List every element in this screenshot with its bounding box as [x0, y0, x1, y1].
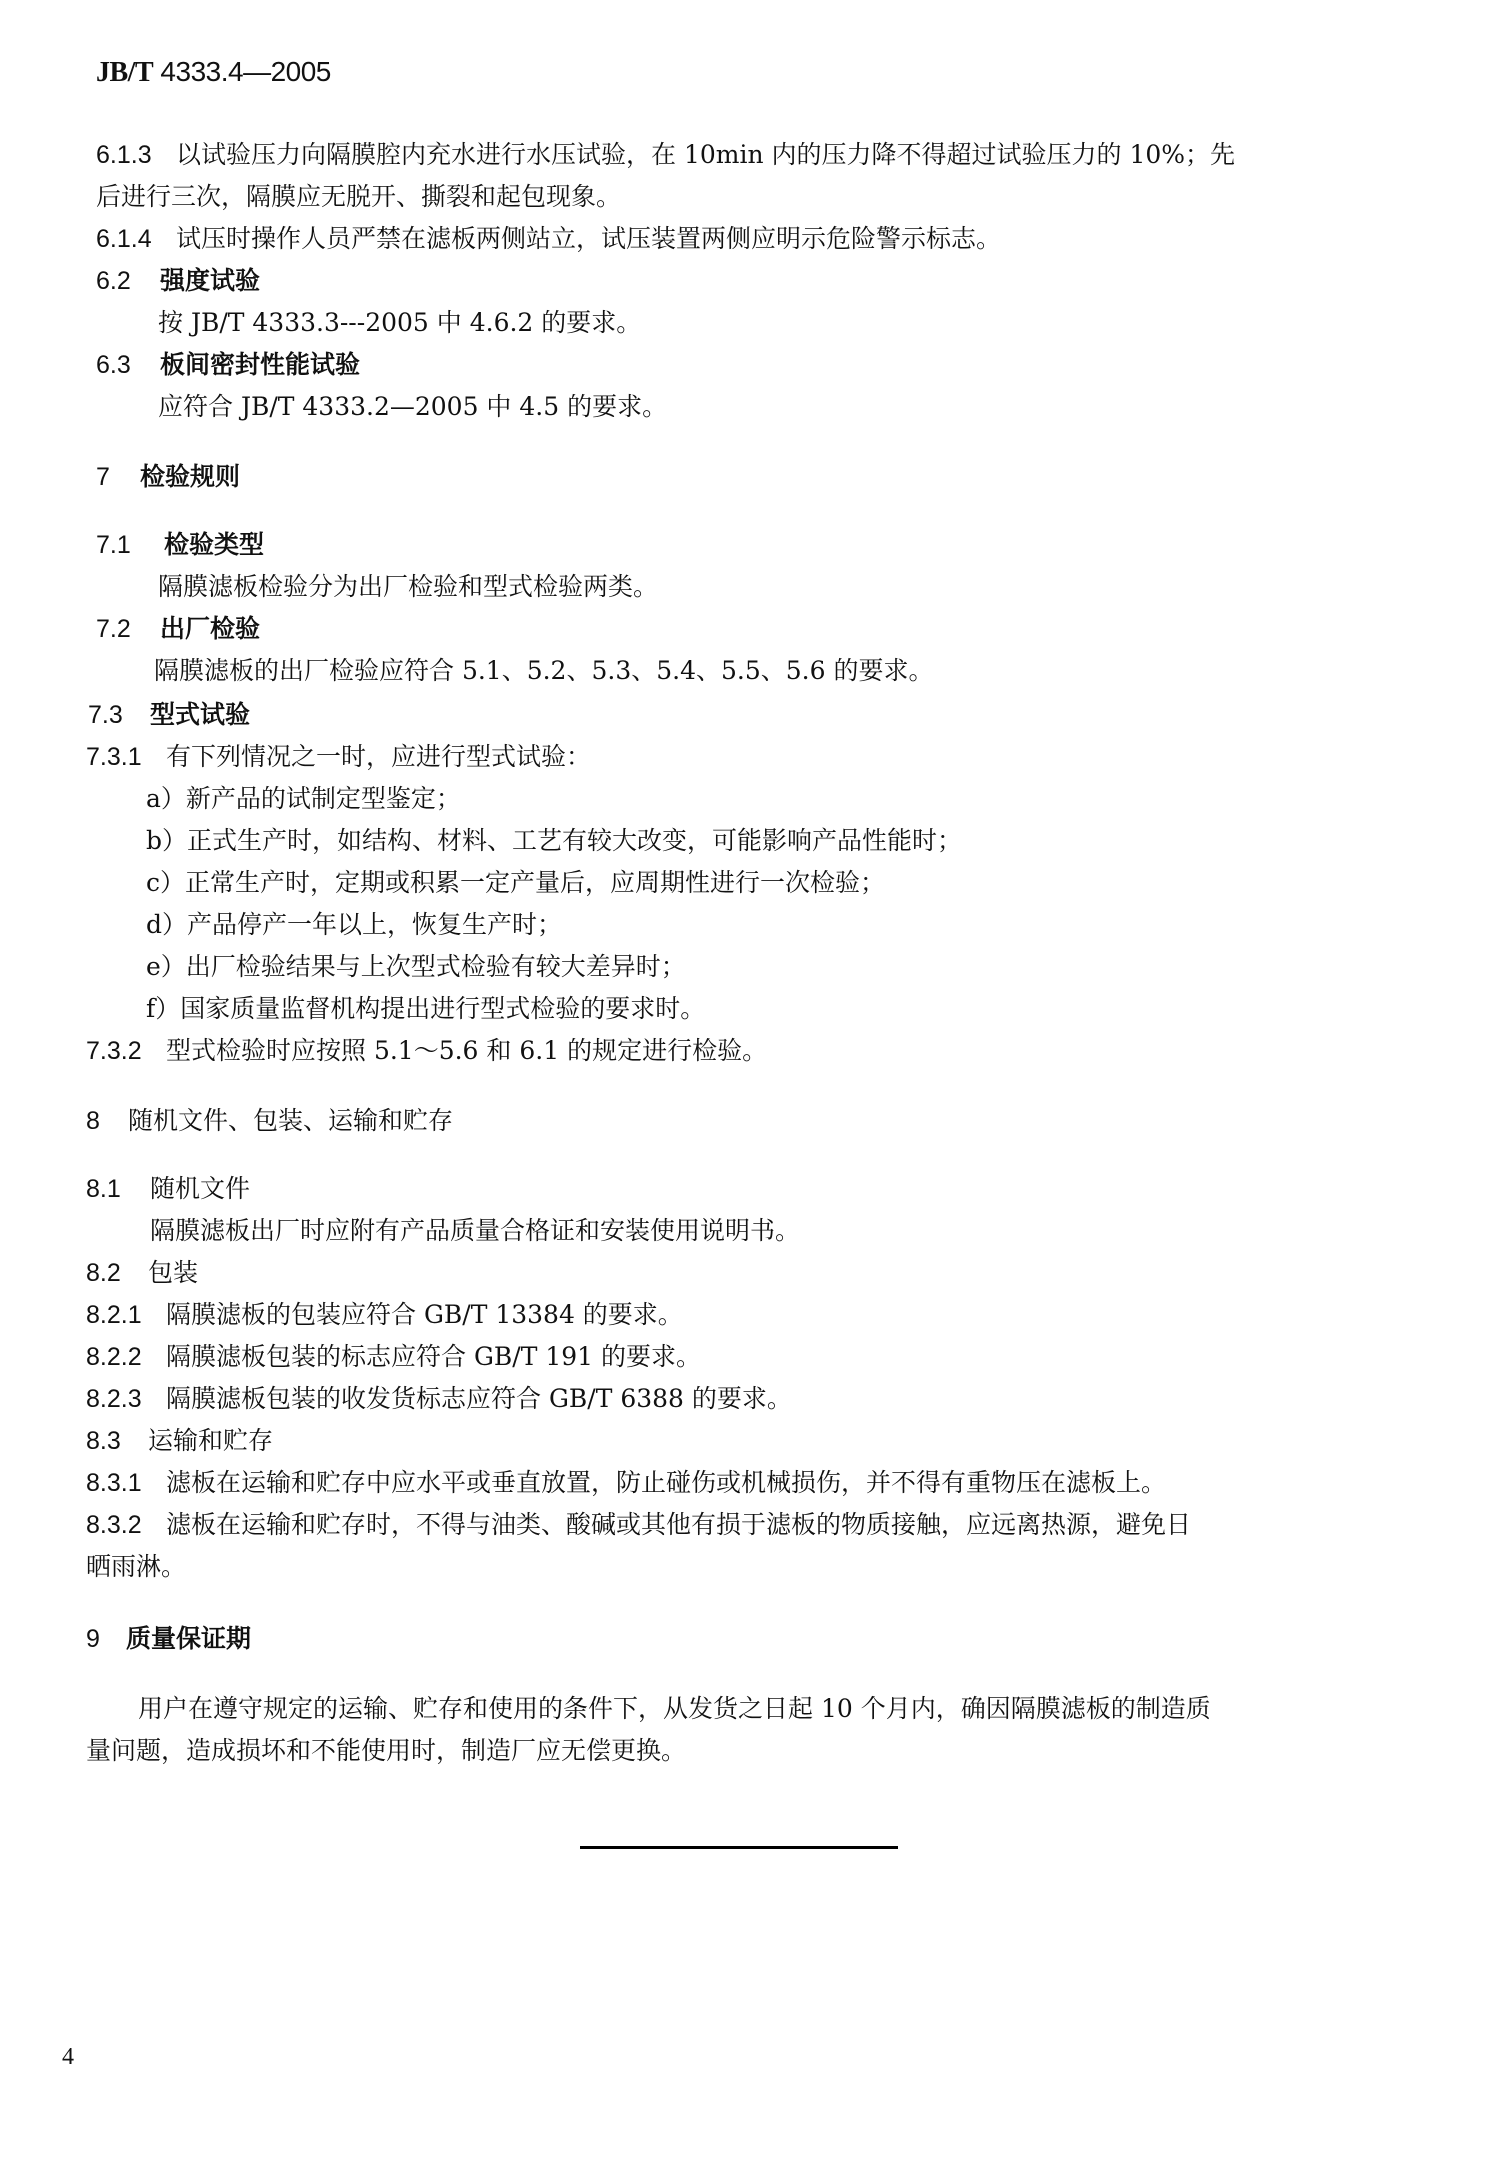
heading-7: 7检验规则 — [96, 462, 240, 492]
clause-8-2-2: 8.2.2隔膜滤板包装的标志应符合 GB/T 191 的要求。 — [86, 1342, 701, 1372]
clause-text: 有下列情况之一时，应进行型式试验： — [166, 742, 591, 771]
clause-8-3-1: 8.3.1滤板在运输和贮存中应水平或垂直放置，防止碰伤或机械损伤，并不得有重物压… — [86, 1468, 1166, 1498]
heading-text: 板间密封性能试验 — [160, 350, 360, 379]
clause-6-3-body: 应符合 JB/T 4333.2—2005 中 4.5 的要求。 — [158, 392, 667, 422]
list-item-text: b）正式生产时，如结构、材料、工艺有较大改变，可能影响产品性能时； — [146, 826, 962, 855]
clause-text: 型式检验时应按照 5.1～5.6 和 6.1 的规定进行检验。 — [166, 1036, 767, 1065]
list-item-f: f）国家质量监督机构提出进行型式检验的要求时。 — [146, 994, 705, 1024]
clause-number: 8.3.2 — [86, 1510, 144, 1540]
clause-number: 7.3 — [88, 700, 128, 730]
heading-7-2: 7.2出厂检验 — [96, 614, 260, 644]
clause-8-3-2: 8.3.2滤板在运输和贮存时，不得与油类、酸碱或其他有损于滤板的物质接触，应远离… — [86, 1510, 1191, 1540]
clause-text: 后进行三次，隔膜应无脱开、撕裂和起包现象。 — [96, 182, 621, 211]
clause-number: 6.3 — [96, 350, 136, 380]
clause-8-2-3: 8.2.3隔膜滤板包装的收发货标志应符合 GB/T 6388 的要求。 — [86, 1384, 792, 1414]
clause-7-3-2: 7.3.2型式检验时应按照 5.1～5.6 和 6.1 的规定进行检验。 — [86, 1036, 767, 1066]
heading-text: 随机文件、包装、运输和贮存 — [128, 1106, 453, 1135]
clause-number: 6.2 — [96, 266, 136, 296]
clause-9-body-cont: 量问题，造成损坏和不能使用时，制造厂应无偿更换。 — [86, 1736, 686, 1766]
clause-number: 8.2.1 — [86, 1300, 144, 1330]
heading-9: 9质量保证期 — [86, 1624, 251, 1654]
clause-8-3-2-cont: 晒雨淋。 — [86, 1552, 186, 1582]
clause-text: 以试验压力向隔膜腔内充水进行水压试验，在 10min 内的压力降不得超过试验压力… — [176, 140, 1235, 169]
clause-number: 7.1 — [96, 530, 136, 560]
clause-number: 8.3.1 — [86, 1468, 144, 1498]
clause-text: 按 JB/T 4333.3---2005 中 4.6.2 的要求。 — [158, 308, 641, 337]
clause-text: 用户在遵守规定的运输、贮存和使用的条件下，从发货之日起 10 个月内，确因隔膜滤… — [138, 1694, 1211, 1723]
clause-text: 隔膜滤板的出厂检验应符合 5.1、5.2、5.3、5.4、5.5、5.6 的要求… — [154, 656, 933, 685]
list-item-text: f）国家质量监督机构提出进行型式检验的要求时。 — [146, 994, 705, 1023]
heading-8-2: 8.2包装 — [86, 1258, 198, 1288]
heading-text: 包装 — [148, 1258, 198, 1287]
clause-text: 隔膜滤板包装的标志应符合 GB/T 191 的要求。 — [166, 1342, 701, 1371]
heading-text: 质量保证期 — [126, 1624, 251, 1653]
clause-8-1-body: 隔膜滤板出厂时应附有产品质量合格证和安装使用说明书。 — [150, 1216, 800, 1246]
clause-number: 8.2.2 — [86, 1342, 144, 1372]
clause-6-1-3-cont: 后进行三次，隔膜应无脱开、撕裂和起包现象。 — [96, 182, 621, 212]
heading-text: 检验类型 — [164, 530, 264, 559]
heading-text: 检验规则 — [140, 462, 240, 491]
standard-header: JB/T 4333.4—2005 — [96, 56, 331, 89]
list-item-b: b）正式生产时，如结构、材料、工艺有较大改变，可能影响产品性能时； — [146, 826, 962, 856]
heading-6-3: 6.3板间密封性能试验 — [96, 350, 360, 380]
clause-number: 8.2 — [86, 1258, 126, 1288]
clause-7-2-body: 隔膜滤板的出厂检验应符合 5.1、5.2、5.3、5.4、5.5、5.6 的要求… — [154, 656, 933, 686]
list-item-d: d）产品停产一年以上，恢复生产时； — [146, 910, 562, 940]
section-number: 9 — [86, 1624, 106, 1654]
clause-text: 滤板在运输和贮存时，不得与油类、酸碱或其他有损于滤板的物质接触，应远离热源，避免… — [166, 1510, 1191, 1539]
list-item-c: c）正常生产时，定期或积累一定产量后，应周期性进行一次检验； — [146, 868, 885, 898]
clause-text: 隔膜滤板检验分为出厂检验和型式检验两类。 — [158, 572, 658, 601]
header-code: 4333.4—2005 — [160, 56, 330, 87]
list-item-text: c）正常生产时，定期或积累一定产量后，应周期性进行一次检验； — [146, 868, 885, 897]
end-rule-divider — [580, 1846, 898, 1849]
clause-6-1-3: 6.1.3以试验压力向隔膜腔内充水进行水压试验，在 10min 内的压力降不得超… — [96, 140, 1235, 170]
clause-8-2-1: 8.2.1隔膜滤板的包装应符合 GB/T 13384 的要求。 — [86, 1300, 683, 1330]
clause-text: 试压时操作人员严禁在滤板两侧站立，试压装置两侧应明示危险警示标志。 — [176, 224, 1001, 253]
heading-8-3: 8.3运输和贮存 — [86, 1426, 273, 1456]
list-item-e: e）出厂检验结果与上次型式检验有较大差异时； — [146, 952, 686, 982]
clause-9-body: 用户在遵守规定的运输、贮存和使用的条件下，从发货之日起 10 个月内，确因隔膜滤… — [138, 1694, 1211, 1724]
list-item-a: a）新产品的试制定型鉴定； — [146, 784, 461, 814]
document-page: JB/T 4333.4—2005 6.1.3以试验压力向隔膜腔内充水进行水压试验… — [0, 0, 1492, 2158]
clause-number: 6.1.3 — [96, 140, 154, 170]
heading-text: 型式试验 — [150, 700, 250, 729]
clause-number: 7.3.2 — [86, 1036, 144, 1066]
heading-8-1: 8.1随机文件 — [86, 1174, 250, 1204]
clause-number: 7.2 — [96, 614, 136, 644]
clause-text: 隔膜滤板出厂时应附有产品质量合格证和安装使用说明书。 — [150, 1216, 800, 1245]
page-number: 4 — [62, 2044, 74, 2071]
clause-number: 6.1.4 — [96, 224, 154, 254]
clause-number: 8.2.3 — [86, 1384, 144, 1414]
clause-text: 应符合 JB/T 4333.2—2005 中 4.5 的要求。 — [158, 392, 667, 421]
heading-text: 运输和贮存 — [148, 1426, 273, 1455]
clause-text: 晒雨淋。 — [86, 1552, 186, 1581]
clause-text: 滤板在运输和贮存中应水平或垂直放置，防止碰伤或机械损伤，并不得有重物压在滤板上。 — [166, 1468, 1166, 1497]
heading-7-3: 7.3型式试验 — [88, 700, 250, 730]
heading-8: 8随机文件、包装、运输和贮存 — [86, 1106, 453, 1136]
section-number: 8 — [86, 1106, 106, 1136]
heading-6-2: 6.2强度试验 — [96, 266, 260, 296]
list-item-text: d）产品停产一年以上，恢复生产时； — [146, 910, 562, 939]
heading-text: 出厂检验 — [160, 614, 260, 643]
clause-text: 量问题，造成损坏和不能使用时，制造厂应无偿更换。 — [86, 1736, 686, 1765]
clause-6-1-4: 6.1.4试压时操作人员严禁在滤板两侧站立，试压装置两侧应明示危险警示标志。 — [96, 224, 1001, 254]
heading-text: 随机文件 — [150, 1174, 250, 1203]
heading-text: 强度试验 — [160, 266, 260, 295]
clause-number: 8.3 — [86, 1426, 126, 1456]
header-prefix: JB/T — [96, 57, 153, 88]
clause-number: 8.1 — [86, 1174, 126, 1204]
clause-text: 隔膜滤板包装的收发货标志应符合 GB/T 6388 的要求。 — [166, 1384, 792, 1413]
clause-text: 隔膜滤板的包装应符合 GB/T 13384 的要求。 — [166, 1300, 683, 1329]
section-number: 7 — [96, 462, 116, 492]
list-item-text: e）出厂检验结果与上次型式检验有较大差异时； — [146, 952, 686, 981]
clause-7-1-body: 隔膜滤板检验分为出厂检验和型式检验两类。 — [158, 572, 658, 602]
clause-number: 7.3.1 — [86, 742, 144, 772]
list-item-text: a）新产品的试制定型鉴定； — [146, 784, 461, 813]
clause-6-2-body: 按 JB/T 4333.3---2005 中 4.6.2 的要求。 — [158, 308, 641, 338]
clause-7-3-1: 7.3.1有下列情况之一时，应进行型式试验： — [86, 742, 591, 772]
heading-7-1: 7.1检验类型 — [96, 530, 264, 560]
